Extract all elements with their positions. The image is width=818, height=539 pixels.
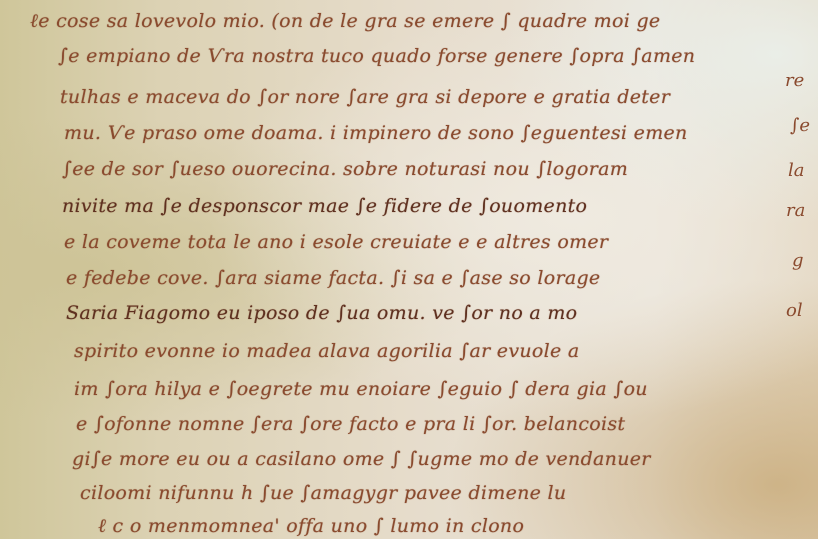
text-line-14: ciloomi nifunnu h ∫ue ∫amagygr pavee dim… (80, 482, 566, 504)
manuscript-page: ℓe cose sa lovevolo mio. (on de le gra s… (0, 0, 818, 539)
text-line-4: mu. Ѵe praso ome doama. i impinero de so… (64, 122, 688, 144)
margin-fragment-3: la (788, 160, 805, 181)
margin-fragment-1: re (785, 70, 804, 91)
text-line-1: ℓe cose sa lovevolo mio. (on de le gra s… (30, 10, 660, 33)
text-line-9: Saria Fiagomo eu iposo de ∫ua omu. ve ∫o… (66, 302, 577, 324)
margin-fragment-2: ∫e (790, 115, 810, 136)
text-line-11: im ∫ora hilya e ∫oegrete mu enoiare ∫egu… (74, 378, 648, 400)
text-line-12: e ∫ofonne nomne ∫era ∫ore facto e pra li… (76, 413, 625, 435)
margin-fragment-4: ra (786, 200, 805, 221)
text-line-13: gi∫e more eu ou a casilano ome ∫ ∫ugme m… (72, 448, 651, 470)
text-line-6: nivite ma ∫e desponscor mae ∫e fidere de… (62, 195, 587, 217)
text-line-5: ∫ee de sor ∫ueso ouorecina. sobre notura… (62, 158, 628, 180)
margin-fragment-5: g (792, 250, 804, 271)
text-line-7: e la coveme tota le ano i esole creuiate… (64, 231, 608, 253)
text-line-3: tulhas e maceva do ∫or nore ∫are gra si … (60, 86, 670, 108)
text-line-10: spirito evonne io madea alava agorilia ∫… (74, 340, 580, 362)
text-line-15: ℓ c o menmomnea' offa uno ∫ lumo in clon… (98, 515, 524, 538)
text-line-8: e fedebe cove. ∫ara siame facta. ∫i sa e… (66, 267, 600, 289)
margin-fragment-6: ol (786, 300, 803, 321)
text-line-2: ∫e empiano de Ѵra nostra tuco quado fors… (58, 45, 695, 67)
